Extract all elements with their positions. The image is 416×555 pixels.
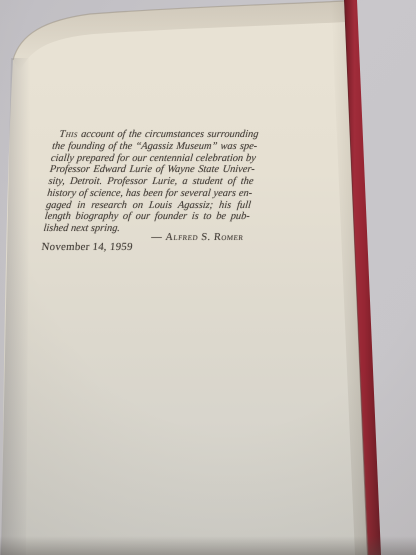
note-line: sity,Detroit.ProfessorLurie,astudentofth… [48,176,254,188]
attribution-dash: — [151,232,163,243]
book-photo-scene: Thisaccountofthecircumstancessurrounding… [0,0,416,555]
photo-vignette [0,0,416,555]
note-line: ProfessorEdwardLurieofWayneStateUniver- [49,164,255,176]
note-line: gagedinresearchonLouisAgassiz;hisfull [45,200,251,212]
justified-lines-container: Thisaccountofthecircumstancessurrounding… [44,129,259,223]
note-line: thefoundingofthe“AgassizMuseum”wasspe- [52,141,258,153]
attribution-name: Alfred S. Romer [165,232,244,243]
note-line: historyofscience,hasbeenforseveralyearse… [47,188,253,200]
publisher-note: Thisaccountofthecircumstancessurrounding… [41,129,259,254]
note-line: ciallypreparedforourcentennialcelebratio… [50,153,256,165]
note-line: Thisaccountofthecircumstancessurrounding [53,129,259,141]
book-photo-art [0,0,416,555]
note-line: lengthbiographyofourfounderistobepub- [44,211,250,223]
bottom-shadow [0,536,416,555]
